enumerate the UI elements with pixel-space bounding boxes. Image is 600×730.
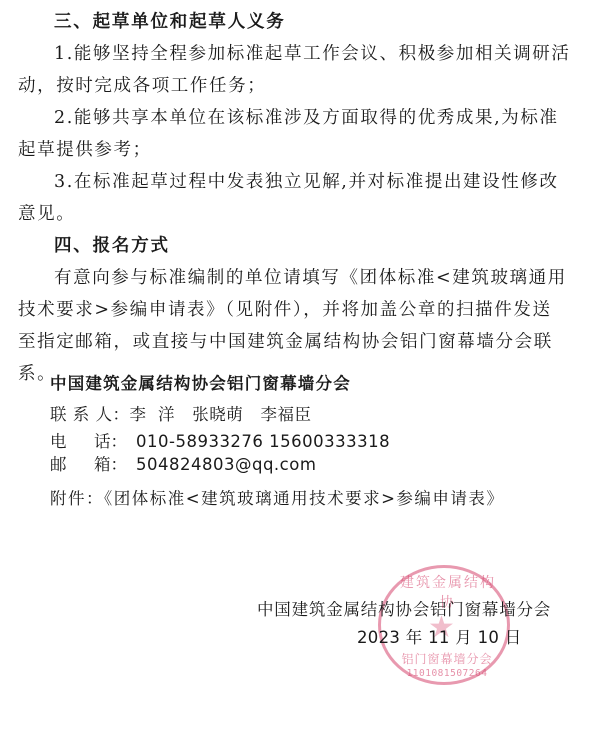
section-4-para-line-1: 有意向参与标准编制的单位请填写《团体标准<建筑玻璃通用	[54, 268, 567, 288]
item-3-line-1: 3.在标准起草过程中发表独立见解,并对标准提出建设性修改	[54, 172, 559, 192]
item-2-line-2: 起草提供参考；	[18, 140, 152, 160]
contact-email-row: 邮箱：504824803@qq.com	[50, 455, 316, 475]
signature-org: 中国建筑金属结构协会铝门窗幕墙分会	[257, 600, 551, 620]
seal-bottom-text: 铝门窗幕墙分会	[392, 650, 502, 667]
attachment-line: 附件：《团体标准<建筑玻璃通用技术要求>参编申请表》	[50, 489, 504, 509]
contact-phone-row: 电话：010-58933276 15600333318	[50, 432, 390, 452]
section-4-para-line-2: 技术要求>参编申请表》（见附件），并将加盖公章的扫描件发送	[18, 300, 552, 320]
section-4-heading: 四、报名方式	[54, 236, 170, 256]
contact-email-label: 邮箱：	[50, 455, 136, 475]
contact-persons-label: 联 系 人：	[50, 405, 130, 424]
contact-persons-row: 联 系 人：李 洋 张晓萌 李福臣	[50, 405, 311, 425]
item-3-line-2: 意见。	[18, 204, 75, 224]
seal-code: 1101081507264	[395, 668, 499, 679]
section-4-para-line-3: 至指定邮箱，或直接与中国建筑金属结构协会铝门窗幕墙分会联	[18, 332, 553, 352]
signature-date: 2023 年 11 月 10 日	[357, 628, 522, 648]
contact-persons: 李 洋 张晓萌 李福臣	[130, 405, 312, 424]
contact-phones: 010-58933276 15600333318	[136, 432, 390, 451]
item-1-line-1: 1.能够坚持全程参加标准起草工作会议、积极参加相关调研活	[54, 44, 571, 64]
contact-email[interactable]: 504824803@qq.com	[136, 455, 316, 474]
contact-org-name: 中国建筑金属结构协会铝门窗幕墙分会	[50, 374, 351, 394]
item-2-line-1: 2.能够共享本单位在该标准涉及方面取得的优秀成果,为标准	[54, 108, 559, 128]
section-3-heading: 三、起草单位和起草人义务	[54, 12, 286, 32]
item-1-line-2: 动，按时完成各项工作任务；	[18, 76, 266, 96]
contact-phone-label: 电话：	[50, 432, 136, 452]
